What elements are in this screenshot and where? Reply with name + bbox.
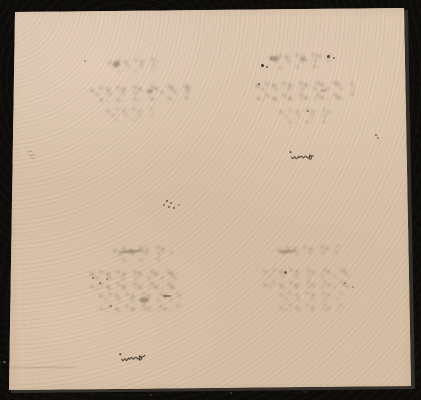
ink-speck	[327, 55, 330, 58]
show-through-line	[104, 106, 154, 121]
expert-signature-center-right	[288, 146, 322, 166]
ink-speck	[163, 295, 171, 297]
ink-speck	[344, 282, 346, 284]
ink-speck	[170, 202, 172, 204]
ink-smudge	[270, 56, 279, 61]
ink-speck	[163, 204, 165, 206]
dust-fleck	[150, 394, 152, 396]
ink-speck	[110, 305, 112, 307]
ink-speck	[92, 277, 94, 279]
ink-speck	[284, 271, 287, 274]
ink-speck	[258, 83, 260, 85]
ink-smudge	[113, 61, 120, 67]
ink-speck	[333, 57, 335, 59]
ink-speck	[168, 206, 170, 208]
expert-signature-bottom-left	[118, 347, 154, 367]
ink-speck	[352, 286, 354, 288]
pencil-note	[26, 149, 40, 161]
ink-speck	[106, 278, 108, 280]
dust-fleck	[305, 391, 307, 393]
photo-background	[0, 0, 421, 400]
show-through-line	[254, 79, 354, 101]
show-through-line	[277, 290, 345, 311]
ink-speck	[84, 60, 86, 62]
ink-smudge	[320, 89, 327, 92]
ink-speck	[377, 137, 379, 139]
paper-crease	[9, 367, 75, 368]
show-through-line	[261, 267, 357, 289]
ink-speck	[266, 66, 268, 68]
ink-speck	[99, 282, 101, 284]
dust-fleck	[230, 392, 232, 394]
show-through-line	[277, 107, 331, 124]
ink-speck	[166, 200, 168, 202]
ink-speck	[173, 207, 175, 209]
dust-fleck	[3, 361, 6, 363]
ink-speck	[307, 110, 309, 112]
ink-speck	[375, 134, 377, 136]
ink-speck	[261, 64, 264, 67]
stamp-block-paper	[0, 0, 421, 400]
ink-smudge	[139, 297, 149, 303]
ink-smudge	[147, 89, 153, 93]
show-through-line	[88, 269, 180, 289]
show-through-line	[88, 83, 194, 103]
ink-speck	[178, 204, 180, 206]
